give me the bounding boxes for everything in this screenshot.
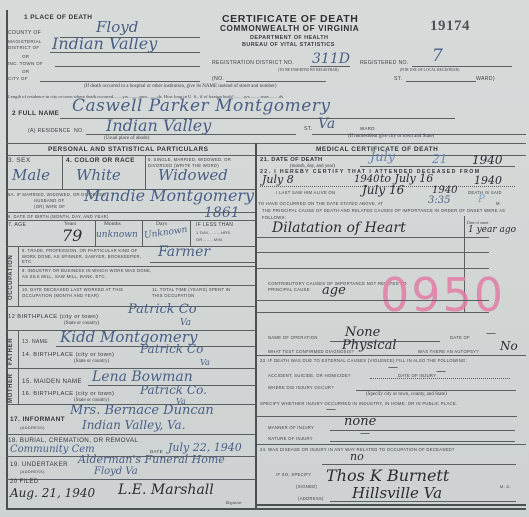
row-line: [6, 246, 255, 247]
father-side-label: FATHER: [8, 338, 14, 365]
if-so-label: IF SO, SPECIFY: [276, 472, 311, 477]
years-value: 79: [62, 226, 82, 245]
dob-value: 1861: [204, 205, 240, 221]
department-label: DEPARTMENT OF HEALTH: [250, 35, 328, 41]
row-line: [6, 434, 255, 435]
less-than-label: IF LESS THAN: [196, 222, 233, 228]
operation-date-value: —: [486, 328, 496, 339]
row-line: [257, 312, 489, 313]
md-label: M. D.: [500, 484, 511, 489]
where-label: WHERE DID INJURY OCCUR?: [268, 385, 334, 390]
county-label: COUNTY OF: [8, 30, 41, 36]
trade-label: 8. TRADE, PROFESSION, OR PARTICULAR KIND…: [22, 248, 152, 265]
bureau-label: BUREAU OF VITAL STATISTICS: [242, 42, 335, 48]
test-value: Physical: [342, 338, 396, 353]
less-min: OR........MIN.: [196, 237, 224, 242]
accident-line: [370, 378, 510, 379]
father-birthplace-label: 14. BIRTHPLACE (city or town): [22, 352, 114, 358]
st-label: ST.: [394, 76, 402, 82]
accident-value: —: [388, 362, 398, 373]
trade-value: Farmer: [158, 244, 210, 260]
undertaker-value: Alderman's Funeral Home: [78, 453, 225, 466]
filed-value: Aug. 21, 1940: [10, 486, 95, 500]
occurred-time: 3:35: [428, 195, 450, 206]
place-of-death-label: 1 PLACE OF DEATH: [24, 14, 92, 21]
registered-no-label: REGISTERED NO.: [360, 60, 409, 66]
residence-st-line: [312, 134, 350, 135]
last-saw-value: July 16: [362, 183, 404, 197]
informant-value: Mrs. Bernace Duncan: [70, 403, 214, 418]
full-name-label: 2 FULL NAME: [12, 110, 59, 117]
occurred-label: TO HAVE OCCURRED ON THE DATE STATED ABOV…: [258, 201, 383, 206]
last-saw-label: I LAST SAW him ALIVE ON: [276, 190, 335, 195]
attended-from: July 8: [262, 173, 294, 186]
certificate-number: 19174: [430, 18, 470, 35]
registered-note: (FOR USE OF LOCAL REGISTRAR): [400, 68, 459, 72]
residence-note: (Usual place of abode): [104, 136, 149, 141]
occupation-related-value: no: [350, 450, 364, 463]
mother-name-label: 15. MAIDEN NAME: [22, 378, 82, 385]
specify-value: —: [326, 404, 336, 415]
filed-label: 20 FILED: [10, 479, 39, 485]
spouse-label-3: (OR) WIFE OF: [34, 204, 65, 209]
principal-cause-value: Dilatation of Heart: [272, 220, 406, 236]
occurred-ampm: P: [478, 194, 485, 205]
days-label: Days: [156, 221, 167, 227]
occurred-m: M.: [496, 201, 501, 206]
registrar-signature: L.E. Marshall: [118, 482, 214, 498]
birthplace-state-value: Va: [180, 318, 191, 328]
or-label: OR: [22, 69, 29, 74]
birthplace-label: 12 BIRTHPLACE (city or town): [8, 314, 98, 320]
row-line: [6, 155, 255, 156]
total-time-label: 11. TOTAL TIME (YEARS) SPENT IN THIS OCC…: [152, 287, 232, 298]
row-line: [18, 285, 255, 286]
months-value: unknown: [96, 230, 138, 240]
magisterial-label-1: MAGISTERIAL: [8, 39, 42, 44]
accident-label: ACCIDENT, SUICIDE, OR HOMICIDE?: [268, 373, 351, 378]
nature-line: [330, 441, 515, 442]
column-divider: [255, 143, 257, 508]
ward-label: WARD): [476, 76, 495, 82]
race-value: White: [76, 166, 121, 184]
father-birthplace-value: Patrick Co: [140, 342, 203, 356]
physician-address-value: Hillsville Va: [352, 484, 442, 502]
row-line: [6, 220, 255, 221]
hospital-note: (If death occurred in a hospital or othe…: [84, 84, 277, 89]
certificate-subtitle: COMMONWEALTH OF VIRGINIA: [220, 24, 359, 33]
street-no-line: [226, 81, 326, 82]
nature-value: —: [360, 428, 370, 439]
row-line: [257, 355, 526, 356]
physician-signature: Thos K Burnett: [326, 466, 449, 485]
file-stamp: 0950: [380, 268, 505, 322]
section-divider: [6, 143, 526, 144]
registered-no-value: 7: [432, 46, 443, 66]
personal-section-title: PERSONAL AND STATISTICAL PARTICULARS: [48, 146, 209, 153]
registrar-label: Registrar: [226, 500, 242, 505]
date-line: [360, 166, 515, 167]
occupation-side-label: OCCUPATION: [8, 255, 14, 300]
row-line: [18, 266, 255, 267]
magisterial-value: Indian Valley: [52, 34, 157, 53]
mother-birthplace-label: 16. BIRTHPLACE (city or town): [22, 391, 114, 397]
bottom-double-line: [257, 504, 526, 506]
physician-address-label: (ADDRESS): [298, 496, 324, 501]
col-line: [18, 368, 19, 404]
occupation-related-label: 24. WAS DISEASE OR INJURY IN ANY WAY REL…: [260, 446, 500, 454]
row-line: [257, 252, 489, 253]
days-value: Unknown: [144, 225, 189, 241]
where-line: [356, 390, 516, 391]
date-of-death-day: 21: [432, 152, 447, 166]
age-label: 7. AGE: [8, 222, 26, 228]
city-line: [40, 81, 200, 82]
magisterial-label-2: DISTRICT OF: [8, 45, 39, 50]
row-line: [6, 479, 255, 480]
date-of-death-label: 21. DATE OF DEATH: [260, 157, 323, 163]
manner-line: [330, 430, 515, 431]
dob-label: 6. DATE OF BIRTH (month, day, and year): [8, 214, 109, 219]
or-label: OR: [22, 54, 29, 59]
date-of-death-month: July: [370, 150, 395, 165]
st-line: [406, 81, 476, 82]
sex-label: 3. SEX: [8, 157, 31, 164]
nature-label: NATURE OF INJURY: [268, 436, 313, 441]
birthplace-value: Patrick Co: [128, 302, 197, 317]
informant-address-label: (ADDRESS): [20, 425, 45, 430]
marital-value: Widowed: [158, 166, 228, 184]
address-line: [330, 501, 516, 502]
father-name-label: 13. NAME: [22, 339, 48, 345]
city-label: CITY OF: [8, 76, 28, 81]
undertaker-address-value: Floyd Va: [94, 466, 138, 477]
father-birthplace-state-label: (State or country): [74, 359, 109, 364]
date-of-death-year: 1940: [472, 153, 503, 167]
inc-town-line: [55, 66, 200, 67]
operation-date-label: DATE OF: [450, 335, 470, 340]
burial-label-text: 18. BURIAL, CREMATION, OR REMOVAL: [8, 437, 138, 444]
less-day: 1 DAY,........HRS.: [196, 230, 232, 235]
signed-label: (SIGNED): [296, 484, 317, 489]
district-note: (TO BE INSERTED BY REGISTRAR): [278, 68, 339, 72]
occupation-related-line: [322, 464, 516, 465]
birthplace-state-label: (State or country): [64, 321, 99, 326]
spouse-value: Mandie Montgomery: [84, 186, 254, 205]
col-line: [190, 220, 191, 246]
row-line: [257, 300, 489, 301]
bottom-border: [6, 508, 526, 510]
residence-st-label: St.: [304, 126, 312, 132]
undertaker-address-label: (ADDRESS): [20, 469, 45, 474]
residence-value: Indian Valley: [106, 116, 211, 135]
informant-address-value: Indian Valley, Va.: [82, 418, 186, 432]
father-birthplace-state-value: Va: [200, 358, 210, 367]
burial-label: 18. BURIAL, CREMATION, OR REMOVAL: [8, 437, 138, 444]
sex-value: Male: [12, 166, 50, 184]
row-line: [257, 237, 489, 238]
industry-label: 9. INDUSTRY OR BUSINESS IN WHICH WORK WA…: [22, 268, 152, 279]
residence-no-label: No.: [74, 128, 84, 134]
full-name-value: Caswell Parker Montgomery: [72, 96, 331, 116]
col-line: [18, 246, 19, 306]
informant-label: 17. INFORMANT: [10, 416, 65, 423]
manner-label: MANNER OF INJURY: [268, 425, 314, 430]
registered-line: [412, 66, 512, 67]
race-label: 4. COLOR OR RACE: [66, 157, 135, 164]
months-label: Months: [104, 221, 121, 227]
registration-district-label: REGISTRATION DISTRICT NO.: [212, 60, 294, 66]
spouse-label-2: HUSBAND OF: [34, 198, 64, 203]
no-label: (No.: [212, 76, 224, 82]
trade-line: [150, 262, 255, 263]
where-note: (Specify city or town, county, and State…: [366, 392, 447, 397]
injury-date-value: —: [436, 366, 446, 377]
row-line: [257, 444, 526, 445]
nonresident-note: (If nonresident give city or town and St…: [348, 134, 434, 139]
residence-label: (A) RESIDENCE: [28, 128, 71, 134]
death-certificate: 1 PLACE OF DEATH CERTIFICATE OF DEATH CO…: [0, 0, 529, 517]
specify-label: SPECIFY WHETHER INJURY OCCURRED IN INDUS…: [260, 401, 520, 407]
residence-st-value: Va: [318, 116, 335, 132]
autopsy-label: WAS THERE AN AUTOPSY?: [418, 349, 479, 354]
manner-value: none: [344, 414, 376, 429]
mother-birthplace-value: Patrick Co.: [140, 383, 207, 397]
residence-ward-label: WARD: [360, 126, 375, 131]
principal-cause-label: THE PRINCIPAL CAUSE OF DEATH AND RELATED…: [262, 207, 512, 221]
col-line: [62, 155, 63, 189]
row-line: [257, 416, 517, 417]
registration-district-value: 311D: [312, 51, 350, 67]
undertaker-label: 19. UNDERTAKER: [10, 461, 68, 468]
col-line: [145, 155, 146, 189]
last-worked-label: 10. DATE DECEASED LAST WORKED AT THIS OC…: [22, 287, 142, 298]
autopsy-value: No: [500, 339, 518, 353]
operation-label: NAME OF OPERATION: [268, 335, 318, 340]
onset-value: 1 year ago: [468, 225, 516, 235]
mother-side-label: MOTHER: [8, 373, 14, 403]
inc-town-label: INC. TOWN OF: [8, 61, 43, 66]
contributory-value: age: [322, 283, 346, 298]
